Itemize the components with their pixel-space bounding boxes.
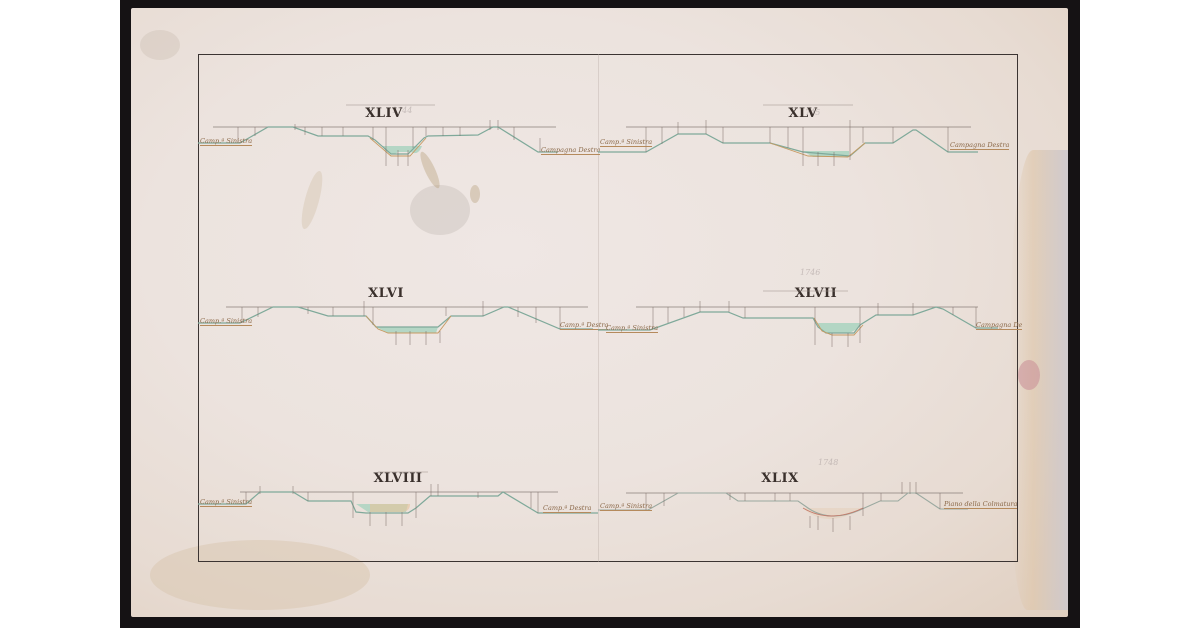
left-bank-label: Camp.ª Sinistra (606, 324, 658, 333)
right-bank-label: Piano della Colmatura (944, 500, 1017, 509)
section-xlvi: XLVI Camp.ª Sinistra Camp.ª Destra (198, 283, 598, 353)
cross-section-profile (198, 468, 598, 538)
left-bank-label: Camp.ª Sinistra (600, 138, 652, 147)
section-xlv: XLV Camp.ª Sinistra Campagna Destra (598, 100, 1018, 170)
right-bank-label: Campagna De (976, 321, 1022, 330)
left-bank-label: Camp.ª Sinistra (200, 498, 252, 507)
cross-section-profile (198, 283, 598, 353)
right-bank-label: Camp.ª Destra (543, 504, 591, 513)
section-xlviii: XLVIII Camp.ª Sinistra Camp.ª Destra (198, 468, 598, 538)
left-bank-label: Camp.ª Sinistra (200, 317, 252, 326)
cross-section-profile (598, 283, 1018, 353)
section-xlix: XLIX Camp.ª Sinistra Piano della Colmatu… (598, 468, 1018, 538)
left-bank-label: Camp.ª Sinistra (200, 137, 252, 146)
section-xliv: XLIV Camp.ª Sinistra Campagna Destra (198, 100, 598, 170)
cross-section-profile (198, 100, 598, 170)
stain (140, 30, 180, 60)
right-bank-label: Campagna Destra (541, 146, 600, 155)
pencil-note: 1748 (818, 458, 838, 467)
left-bank-label: Camp.ª Sinistra (600, 502, 652, 511)
right-bank-label: Campagna Destra (950, 141, 1009, 150)
stain (1018, 360, 1040, 390)
cross-section-profile (598, 100, 1018, 170)
pencil-note: 1746 (800, 268, 820, 277)
section-xlvii: XLVII Camp.ª Sinistra Campagna De (598, 283, 1018, 353)
